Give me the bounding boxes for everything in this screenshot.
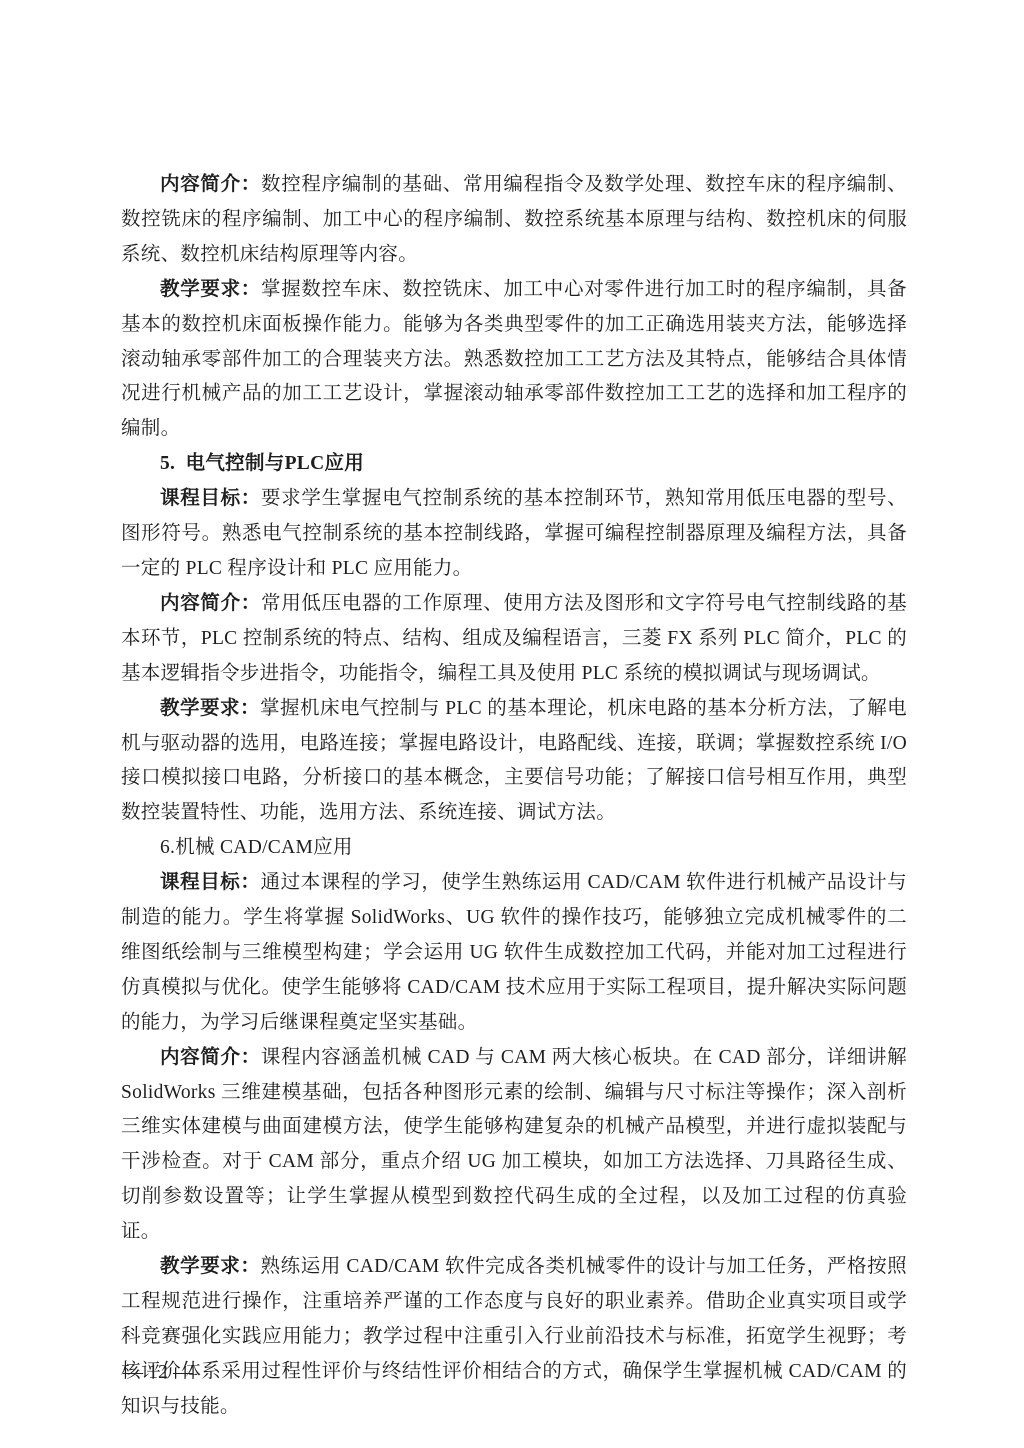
section-heading-5-plc: 5. 电气控制与PLC应用 <box>121 447 907 482</box>
paragraph-text: 熟练运用 CAD/CAM 软件完成各类机械零件的设计与加工任务，严格按照工程规范… <box>121 1256 907 1417</box>
page-footer: — 12 — <box>123 1358 193 1386</box>
paragraph-objectives-plc: 课程目标：要求学生掌握电气控制系统的基本控制环节，熟知常用低压电器的型号、图形符… <box>121 482 907 587</box>
paragraph-requirements-cadcam: 教学要求：熟练运用 CAD/CAM 软件完成各类机械零件的设计与加工任务，严格按… <box>121 1250 907 1425</box>
paragraph-label: 内容简介： <box>160 174 261 195</box>
paragraph-label: 内容简介： <box>160 593 261 614</box>
document-body: 内容简介：数控程序编制的基础、常用编程指令及数学处理、数控车床的程序编制、数控铣… <box>121 168 907 1425</box>
paragraph-text: 掌握数控车床、数控铣床、加工中心对零件进行加工时的程序编制，具备基本的数控机床面… <box>121 279 907 440</box>
paragraph-label: 内容简介： <box>160 1047 261 1068</box>
paragraph-requirements-plc: 教学要求：掌握机床电气控制与 PLC 的基本理论，机床电路的基本分析方法，了解电… <box>121 692 907 832</box>
paragraph-label: 课程目标： <box>160 872 261 893</box>
paragraph-label: 教学要求： <box>160 279 261 300</box>
paragraph-objectives-cadcam: 课程目标：通过本课程的学习，使学生熟练运用 CAD/CAM 软件进行机械产品设计… <box>121 866 907 1041</box>
paragraph-text: 课程内容涵盖机械 CAD 与 CAM 两大核心板块。在 CAD 部分，详细讲解 … <box>121 1047 907 1243</box>
page-number: — 12 — <box>123 1361 193 1383</box>
paragraph-intro-plc: 内容简介：常用低压电器的工作原理、使用方法及图形和文字符号电气控制线路的基本环节… <box>121 587 907 692</box>
section-heading-6-cadcam: 6.机械 CAD/CAM应用 <box>121 831 907 866</box>
paragraph-label: 课程目标： <box>160 488 261 509</box>
paragraph-text: 通过本课程的学习，使学生熟练运用 CAD/CAM 软件进行机械产品设计与制造的能… <box>121 872 907 1033</box>
paragraph-intro-cnc: 内容简介：数控程序编制的基础、常用编程指令及数学处理、数控车床的程序编制、数控铣… <box>121 168 907 273</box>
paragraph-requirements-cnc: 教学要求：掌握数控车床、数控铣床、加工中心对零件进行加工时的程序编制，具备基本的… <box>121 273 907 448</box>
paragraph-label: 教学要求： <box>160 1256 261 1277</box>
paragraph-label: 教学要求： <box>160 698 260 719</box>
paragraph-intro-cadcam: 内容简介：课程内容涵盖机械 CAD 与 CAM 两大核心板块。在 CAD 部分，… <box>121 1041 907 1250</box>
